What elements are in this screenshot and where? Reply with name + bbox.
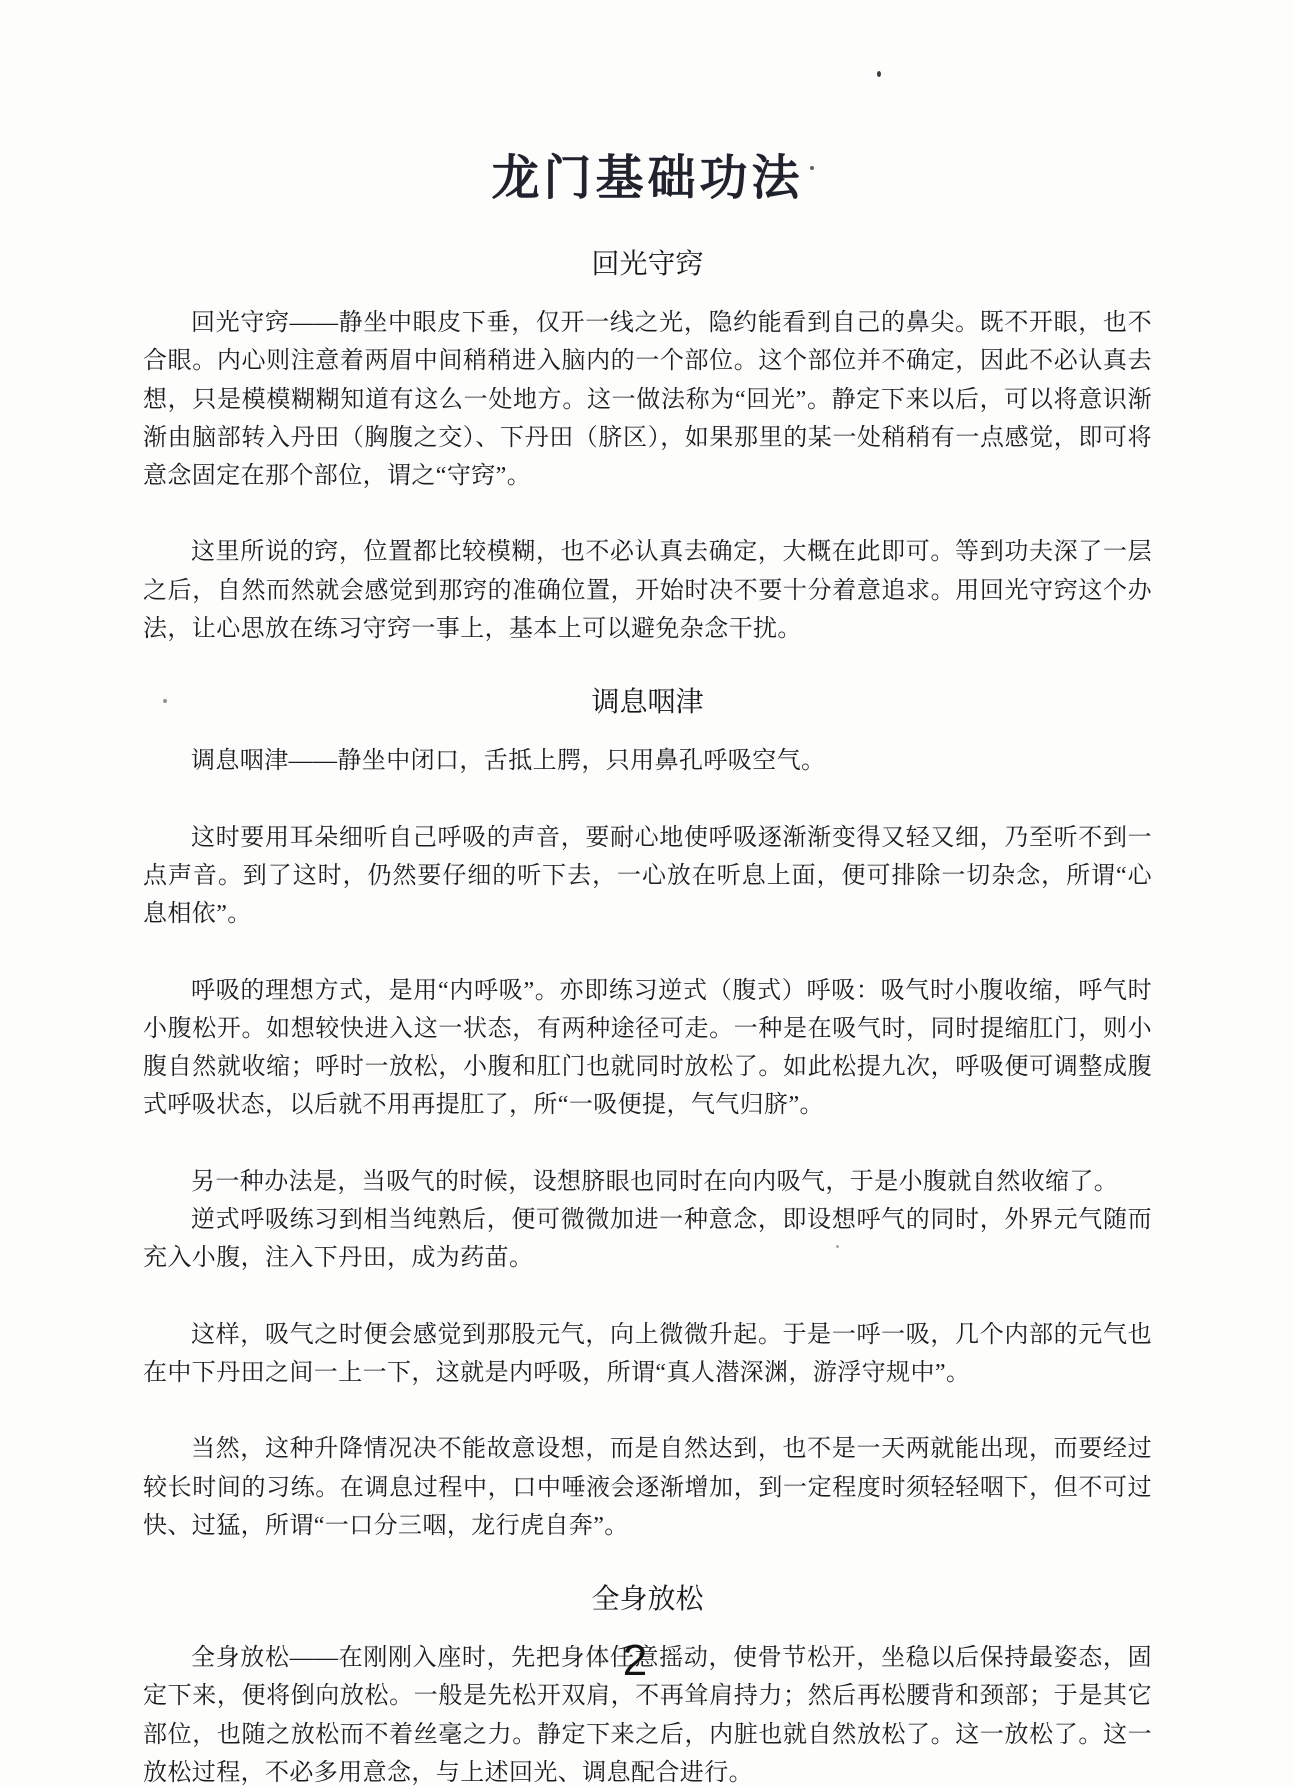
paragraph: 这样，吸气之时便会感觉到那股元气，向上微微升起。于是一呼一吸，几个内部的元气也在… [143,1316,1152,1393]
section-heading-huiguang-shouqiao: 回光守窍 [143,246,1152,284]
paragraph: 调息咽津——静坐中闭口，舌抵上腭，只用鼻孔呼吸空气。 [143,742,1152,780]
section-heading-tiaoxi-yanjin: 调息咽津 [143,684,1152,722]
paragraph: 当然，这种升降情况决不能故意设想，而是自然达到，也不是一天两就能出现，而要经过较… [143,1430,1152,1545]
paragraph: 回光守窍——静坐中眼皮下垂，仅开一线之光，隐约能看到自己的鼻尖。既不开眼，也不合… [143,304,1152,495]
paragraph: 另一种办法是，当吸气的时候，设想脐眼也同时在向内吸气，于是小腹就自然收缩了。 [143,1163,1152,1201]
section-heading-quanshen-fangsong: 全身放松 [143,1581,1152,1619]
paragraph: 逆式呼吸练习到相当纯熟后，便可微微加进一种意念，即设想呼气的同时，外界元气随而充… [143,1201,1152,1278]
document-content: 龙门基础功法 回光守窍 回光守窍——静坐中眼皮下垂，仅开一线之光，隐约能看到自己… [143,0,1152,1788]
page-number: 2 [0,1636,1270,1686]
paragraph: 呼吸的理想方式，是用“内呼吸”。亦即练习逆式（腹式）呼吸：吸气时小腹收缩，呼气时… [143,972,1152,1125]
page-title: 龙门基础功法 [143,148,1152,210]
document-page: 龙门基础功法 回光守窍 回光守窍——静坐中眼皮下垂，仅开一线之光，隐约能看到自己… [0,0,1293,1788]
paragraph: 这时要用耳朵细听自己呼吸的声音，要耐心地使呼吸逐渐渐变得又轻又细，乃至听不到一点… [143,819,1152,934]
paragraph: 这里所说的窍，位置都比较模糊，也不必认真去确定，大概在此即可。等到功夫深了一层之… [143,533,1152,648]
